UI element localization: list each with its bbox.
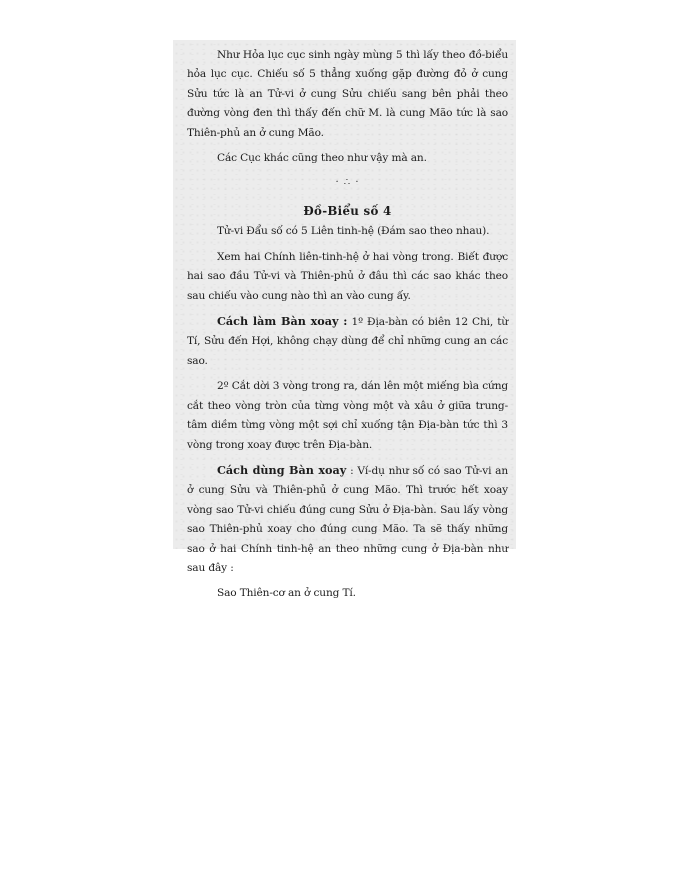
- paragraph-cach-lam-ban-xoay: Cách làm Bàn xoay : 1º Địa-bàn có biên 1…: [187, 312, 508, 371]
- cach-dung-lead: Cách dùng Bàn xoay: [217, 463, 346, 477]
- subtitle: Tử-vi Đẩu số có 5 Liên tinh-hệ (Đám sao …: [187, 222, 508, 241]
- section-heading: Đồ-Biểu số 4: [187, 200, 508, 222]
- cach-dung-text: : Ví-dụ như số có sao Tử-vi an ở cung Sử…: [187, 465, 508, 574]
- paragraph-cac-cuc-khac: Các Cục khác cũng theo như vậy mà an.: [187, 149, 508, 168]
- paragraph-thien-co: Sao Thiên-cơ an ở cung Tí.: [187, 584, 508, 603]
- cach-lam-lead: Cách làm Bàn xoay :: [217, 314, 347, 328]
- paragraph-hoa-luc-cuc: Như Hỏa lục cục sinh ngày mùng 5 thì lấy…: [187, 46, 508, 143]
- section-separator: · ∴ ·: [187, 168, 508, 198]
- paragraph-cach-dung-ban-xoay: Cách dùng Bàn xoay : Ví-dụ như số có sao…: [187, 461, 508, 578]
- paragraph-intro: Xem hai Chính liên-tinh-hệ ở hai vòng tr…: [187, 248, 508, 306]
- paragraph-step-2: 2º Cắt dời 3 vòng trong ra, dán lên một …: [187, 377, 508, 455]
- scanned-page: Như Hỏa lục cục sinh ngày mùng 5 thì lấy…: [173, 40, 516, 549]
